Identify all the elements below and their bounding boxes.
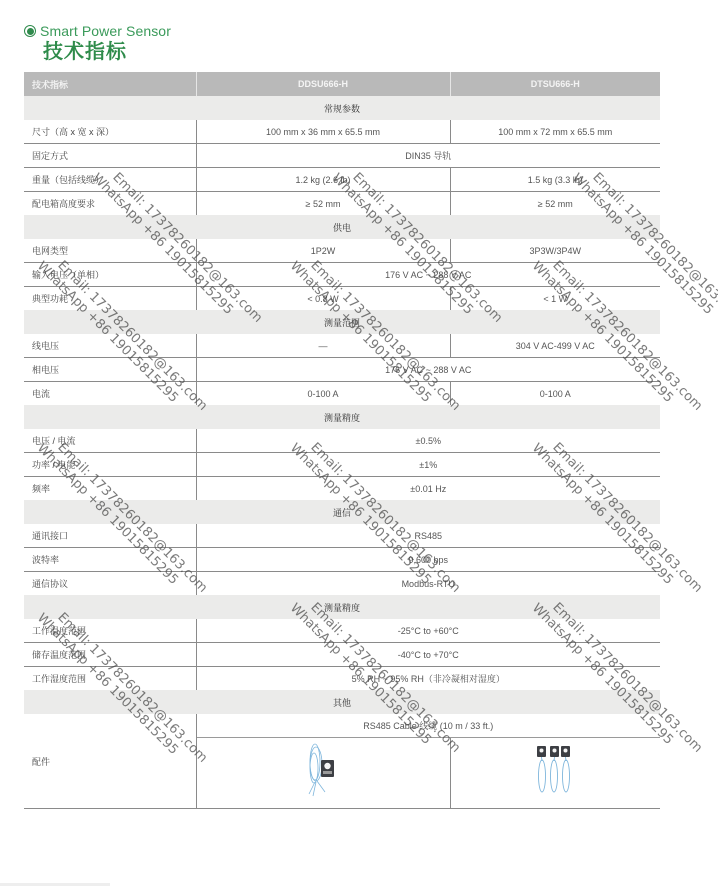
dtsu-accessory-image bbox=[450, 738, 660, 809]
dtsu-value: 1.5 kg (3.3 lb) bbox=[450, 168, 660, 192]
column-header-ddsu: DDSU666-H bbox=[196, 72, 450, 96]
table-row: 相电压 176 V AC ~ 288 V AC bbox=[24, 358, 660, 382]
table-row: 典型功耗 < 0.8 W < 1 W bbox=[24, 287, 660, 311]
row-label: 线电压 bbox=[24, 334, 196, 358]
shared-value: 5% RH ~ 95% RH（非冷凝相对湿度） bbox=[196, 667, 660, 691]
table-row: 电网类型 1P2W 3P3W/3P4W bbox=[24, 239, 660, 263]
shared-value: Modbus-RTU bbox=[196, 572, 660, 596]
row-label: 相电压 bbox=[24, 358, 196, 382]
table-row: 尺寸（高 x 宽 x 深） 100 mm x 36 mm x 65.5 mm 1… bbox=[24, 120, 660, 144]
dtsu-value: 304 V AC-499 V AC bbox=[450, 334, 660, 358]
table-row: 工作湿度范围 5% RH ~ 95% RH（非冷凝相对湿度） bbox=[24, 667, 660, 691]
shared-value: -25°C to +60°C bbox=[196, 619, 660, 643]
page-header: Smart Power Sensor 技术指标 bbox=[24, 22, 171, 62]
table-row: 配电箱高度要求 ≥ 52 mm ≥ 52 mm bbox=[24, 192, 660, 216]
ddsu-value: ≥ 52 mm bbox=[196, 192, 450, 216]
ddsu-value: 1P2W bbox=[196, 239, 450, 263]
row-label: 波特率 bbox=[24, 548, 196, 572]
column-header-spec: 技术指标 bbox=[24, 72, 196, 96]
dtsu-value: 100 mm x 72 mm x 65.5 mm bbox=[450, 120, 660, 144]
column-header-dtsu: DTSU666-H bbox=[450, 72, 660, 96]
row-label: 电流 bbox=[24, 382, 196, 406]
accessories-row: 配件 RS485 Cable 线缆 (10 m / 33 ft.) bbox=[24, 714, 660, 738]
section-header: 常规参数 bbox=[24, 96, 660, 120]
section-header: 测量精度 bbox=[24, 595, 660, 619]
shared-value: ±0.5% bbox=[196, 429, 660, 453]
ddsu-value: 1.2 kg (2.6 lb) bbox=[196, 168, 450, 192]
row-label: 储存温度范围 bbox=[24, 643, 196, 667]
table-header-row: 技术指标 DDSU666-H DTSU666-H bbox=[24, 72, 660, 96]
ddsu-value: 0-100 A bbox=[196, 382, 450, 406]
footer-fragment bbox=[0, 883, 110, 886]
row-label: 尺寸（高 x 宽 x 深） bbox=[24, 120, 196, 144]
row-label: 功率 / 电能 bbox=[24, 453, 196, 477]
radio-bullet-icon bbox=[24, 25, 36, 37]
shared-value: ±0.01 Hz bbox=[196, 477, 660, 501]
row-label: 工作温度范围 bbox=[24, 619, 196, 643]
row-label: 电网类型 bbox=[24, 239, 196, 263]
section-header: 测量精度 bbox=[24, 405, 660, 429]
table-row: 波特率 9,600 bps bbox=[24, 548, 660, 572]
table-row: 工作温度范围 -25°C to +60°C bbox=[24, 619, 660, 643]
shared-value: 176 V AC ~ 288 V AC bbox=[196, 263, 660, 287]
page-title: 技术指标 bbox=[43, 40, 171, 62]
table-row: 重量（包括线缆） 1.2 kg (2.6 lb) 1.5 kg (3.3 lb) bbox=[24, 168, 660, 192]
dtsu-value: 3P3W/3P4W bbox=[450, 239, 660, 263]
row-label: 电压 / 电流 bbox=[24, 429, 196, 453]
ct-clamp-single-icon bbox=[303, 738, 343, 798]
table-row: 储存温度范围 -40°C to +70°C bbox=[24, 643, 660, 667]
table-row: 通讯接口 RS485 bbox=[24, 524, 660, 548]
ddsu-value: — bbox=[196, 334, 450, 358]
section-header: 供电 bbox=[24, 215, 660, 239]
table-row: 线电压 — 304 V AC-499 V AC bbox=[24, 334, 660, 358]
row-label: 固定方式 bbox=[24, 144, 196, 168]
ct-clamp-triple-icon bbox=[535, 744, 575, 798]
row-label: 配电箱高度要求 bbox=[24, 192, 196, 216]
section-header: 测量范围 bbox=[24, 310, 660, 334]
brand-name: Smart Power Sensor bbox=[40, 23, 171, 39]
row-label: 通信协议 bbox=[24, 572, 196, 596]
shared-value: RS485 bbox=[196, 524, 660, 548]
dtsu-value: < 1 W bbox=[450, 287, 660, 311]
row-label: 工作湿度范围 bbox=[24, 667, 196, 691]
table-row: 电流 0-100 A 0-100 A bbox=[24, 382, 660, 406]
shared-value: RS485 Cable 线缆 (10 m / 33 ft.) bbox=[196, 714, 660, 738]
row-label: 输入电压（单相） bbox=[24, 263, 196, 287]
ddsu-accessory-image bbox=[196, 738, 450, 809]
dtsu-value: ≥ 52 mm bbox=[450, 192, 660, 216]
shared-value: DIN35 导轨 bbox=[196, 144, 660, 168]
shared-value: 176 V AC ~ 288 V AC bbox=[196, 358, 660, 382]
shared-value: -40°C to +70°C bbox=[196, 643, 660, 667]
spec-table: 技术指标 DDSU666-H DTSU666-H 常规参数 尺寸（高 x 宽 x… bbox=[24, 72, 660, 809]
table-row: 功率 / 电能 ±1% bbox=[24, 453, 660, 477]
dtsu-value: 0-100 A bbox=[450, 382, 660, 406]
table-row: 频率 ±0.01 Hz bbox=[24, 477, 660, 501]
row-label: 配件 bbox=[24, 714, 196, 809]
ddsu-value: < 0.8 W bbox=[196, 287, 450, 311]
row-label: 通讯接口 bbox=[24, 524, 196, 548]
shared-value: ±1% bbox=[196, 453, 660, 477]
table-row: 输入电压（单相） 176 V AC ~ 288 V AC bbox=[24, 263, 660, 287]
row-label: 频率 bbox=[24, 477, 196, 501]
ddsu-value: 100 mm x 36 mm x 65.5 mm bbox=[196, 120, 450, 144]
section-header: 通信 bbox=[24, 500, 660, 524]
row-label: 重量（包括线缆） bbox=[24, 168, 196, 192]
row-label: 典型功耗 bbox=[24, 287, 196, 311]
section-header: 其他 bbox=[24, 690, 660, 714]
table-row: 固定方式 DIN35 导轨 bbox=[24, 144, 660, 168]
shared-value: 9,600 bps bbox=[196, 548, 660, 572]
table-row: 通信协议 Modbus-RTU bbox=[24, 572, 660, 596]
table-row: 电压 / 电流 ±0.5% bbox=[24, 429, 660, 453]
